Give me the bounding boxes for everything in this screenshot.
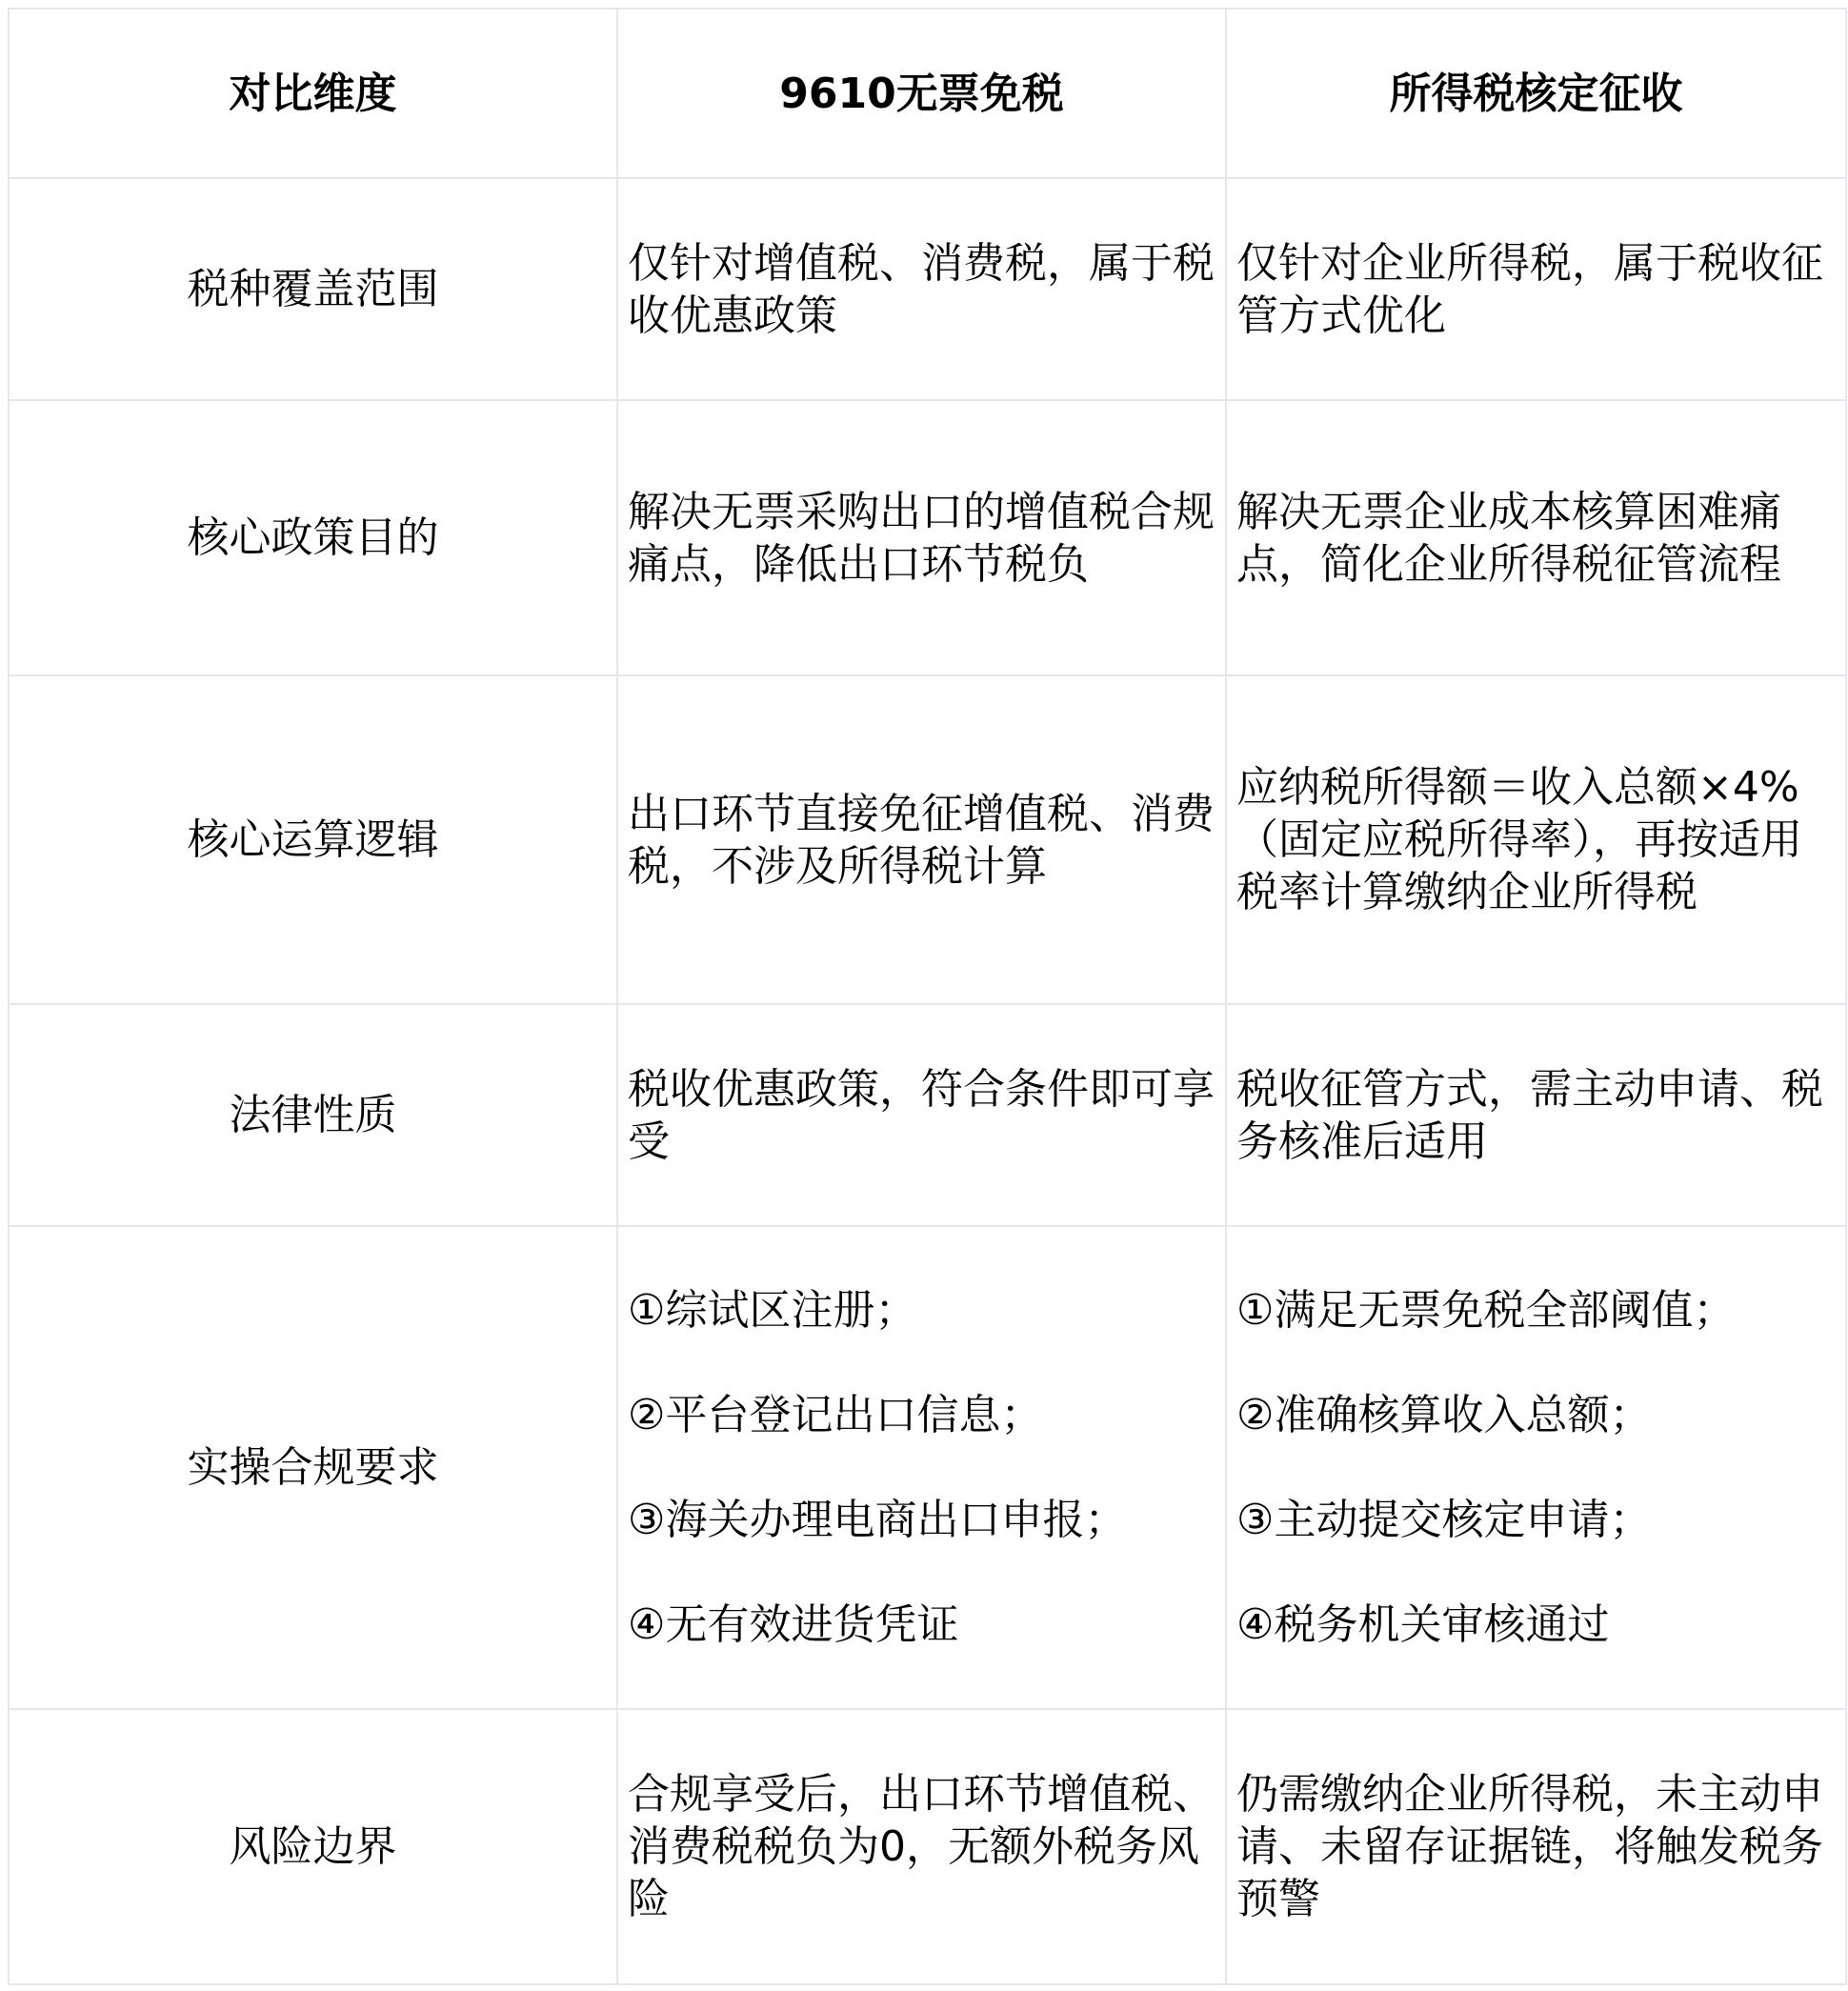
header-9610: 9610无票免税 [617, 9, 1226, 178]
step-item: ④税务机关审核通过 [1236, 1599, 1836, 1651]
step-item: ②准确核算收入总额； [1236, 1389, 1836, 1441]
row-dimension: 实操合规要求 [9, 1226, 617, 1709]
step-item: ①综试区注册； [628, 1284, 1215, 1337]
cell-9610: 仅针对增值税、消费税，属于税收优惠政策 [617, 178, 1226, 400]
header-dimension: 对比维度 [9, 9, 617, 178]
cell-9610: 出口环节直接免征增值税、消费税，不涉及所得税计算 [617, 675, 1226, 1004]
header-income-tax: 所得税核定征收 [1226, 9, 1846, 178]
table-row: 风险边界 合规享受后，出口环节增值税、消费税税负为0，无额外税务风险 仍需缴纳企… [9, 1709, 1846, 1984]
step-item: ③主动提交核定申请； [1236, 1494, 1836, 1546]
cell-income-tax: 税收征管方式，需主动申请、税务核准后适用 [1226, 1004, 1846, 1226]
cell-income-tax: 仍需缴纳企业所得税，未主动申请、未留存证据链，将触发税务预警 [1226, 1709, 1846, 1984]
table-row: 核心政策目的 解决无票采购出口的增值税合规痛点，降低出口环节税负 解决无票企业成… [9, 400, 1846, 675]
cell-income-tax-steps: ①满足无票免税全部阈值； ②准确核算收入总额； ③主动提交核定申请； ④税务机关… [1226, 1226, 1846, 1709]
cell-9610: 解决无票采购出口的增值税合规痛点，降低出口环节税负 [617, 400, 1226, 675]
row-dimension: 核心运算逻辑 [9, 675, 617, 1004]
cell-income-tax: 仅针对企业所得税，属于税收征管方式优化 [1226, 178, 1846, 400]
row-dimension: 核心政策目的 [9, 400, 617, 675]
cell-income-tax: 应纳税所得额＝收入总额×4%（固定应税所得率），再按适用税率计算缴纳企业所得税 [1226, 675, 1846, 1004]
step-item: ②平台登记出口信息； [628, 1389, 1215, 1441]
cell-9610: 合规享受后，出口环节增值税、消费税税负为0，无额外税务风险 [617, 1709, 1226, 1984]
step-item: ④无有效进货凭证 [628, 1599, 1215, 1651]
row-dimension: 税种覆盖范围 [9, 178, 617, 400]
table-row: 核心运算逻辑 出口环节直接免征增值税、消费税，不涉及所得税计算 应纳税所得额＝收… [9, 675, 1846, 1004]
cell-9610-steps: ①综试区注册； ②平台登记出口信息； ③海关办理电商出口申报； ④无有效进货凭证 [617, 1226, 1226, 1709]
table-row: 实操合规要求 ①综试区注册； ②平台登记出口信息； ③海关办理电商出口申报； ④… [9, 1226, 1846, 1709]
step-item: ③海关办理电商出口申报； [628, 1494, 1215, 1546]
table-row: 法律性质 税收优惠政策，符合条件即可享受 税收征管方式，需主动申请、税务核准后适… [9, 1004, 1846, 1226]
table-row: 税种覆盖范围 仅针对增值税、消费税，属于税收优惠政策 仅针对企业所得税，属于税收… [9, 178, 1846, 400]
step-item: ①满足无票免税全部阈值； [1236, 1284, 1836, 1337]
cell-income-tax: 解决无票企业成本核算困难痛点，简化企业所得税征管流程 [1226, 400, 1846, 675]
row-dimension: 法律性质 [9, 1004, 617, 1226]
row-dimension: 风险边界 [9, 1709, 617, 1984]
cell-9610: 税收优惠政策，符合条件即可享受 [617, 1004, 1226, 1226]
comparison-table: 对比维度 9610无票免税 所得税核定征收 税种覆盖范围 仅针对增值税、消费税，… [8, 8, 1847, 1985]
header-row: 对比维度 9610无票免税 所得税核定征收 [9, 9, 1846, 178]
